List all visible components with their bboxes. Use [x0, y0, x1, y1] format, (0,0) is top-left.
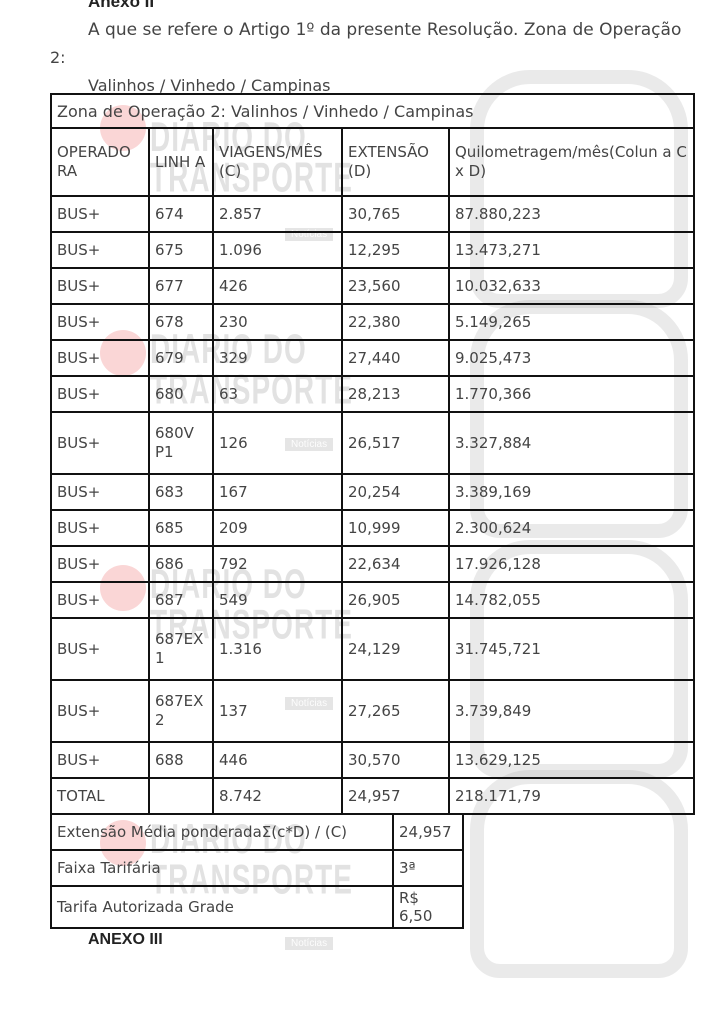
- table-title: Zona de Operação 2: Valinhos / Vinhedo /…: [51, 94, 694, 128]
- cell-viagens: 446: [213, 742, 342, 778]
- cell-operadora: BUS+: [51, 582, 149, 618]
- annex-heading: Anexo II: [88, 0, 154, 12]
- cell-viagens: 63: [213, 376, 342, 412]
- table-row: BUS+680V P112626,5173.327,884: [51, 412, 694, 474]
- table-row: BUS+687EX 11.31624,12931.745,721: [51, 618, 694, 680]
- cell-extensao: 10,999: [342, 510, 449, 546]
- cell-linha: 685: [149, 510, 213, 546]
- table-header-row: OPERADO RA LINH A VIAGENS/MÊS (C) EXTENS…: [51, 128, 694, 196]
- cell-viagens: 792: [213, 546, 342, 582]
- table-row: BUS+67823022,3805.149,265: [51, 304, 694, 340]
- total-cell: TOTAL: [51, 778, 149, 814]
- table-total-row: TOTAL8.74224,957218.171,79: [51, 778, 694, 814]
- cell-linha: 680V P1: [149, 412, 213, 474]
- cell-extensao: 27,440: [342, 340, 449, 376]
- header-viagens: VIAGENS/MÊS (C): [213, 128, 342, 196]
- cell-extensao: 23,560: [342, 268, 449, 304]
- cell-operadora: BUS+: [51, 412, 149, 474]
- cell-operadora: BUS+: [51, 196, 149, 232]
- cell-linha: 687EX 1: [149, 618, 213, 680]
- cell-linha: 688: [149, 742, 213, 778]
- summary-label: Tarifa Autorizada Grade: [51, 886, 393, 928]
- summary-row: Extensão Média ponderadaΣ(c*D) / (C)24,9…: [51, 814, 463, 850]
- cell-extensao: 27,265: [342, 680, 449, 742]
- cell-operadora: BUS+: [51, 376, 149, 412]
- table-row: BUS+68844630,57013.629,125: [51, 742, 694, 778]
- table-row: BUS+6806328,2131.770,366: [51, 376, 694, 412]
- intro-text-continued: 2:: [50, 48, 66, 67]
- cell-operadora: BUS+: [51, 742, 149, 778]
- header-quilometragem: Quilometragem/mês(Colun a C x D): [449, 128, 694, 196]
- cell-viagens: 426: [213, 268, 342, 304]
- cell-linha: 686: [149, 546, 213, 582]
- operations-table: Zona de Operação 2: Valinhos / Vinhedo /…: [50, 93, 695, 815]
- header-extensao: EXTENSÃO (D): [342, 128, 449, 196]
- cell-quilometragem: 9.025,473: [449, 340, 694, 376]
- summary-table: Extensão Média ponderadaΣ(c*D) / (C)24,9…: [50, 813, 464, 929]
- next-annex-heading: ANEXO III: [88, 931, 163, 949]
- cell-extensao: 12,295: [342, 232, 449, 268]
- cell-operadora: BUS+: [51, 680, 149, 742]
- cell-quilometragem: 13.473,271: [449, 232, 694, 268]
- cell-extensao: 26,517: [342, 412, 449, 474]
- cell-viagens: 126: [213, 412, 342, 474]
- cell-viagens: 137: [213, 680, 342, 742]
- summary-row: Tarifa Autorizada GradeR$ 6,50: [51, 886, 463, 928]
- total-cell: [149, 778, 213, 814]
- header-linha: LINH A: [149, 128, 213, 196]
- cell-linha: 679: [149, 340, 213, 376]
- total-cell: 218.171,79: [449, 778, 694, 814]
- cell-quilometragem: 13.629,125: [449, 742, 694, 778]
- cell-operadora: BUS+: [51, 510, 149, 546]
- cell-quilometragem: 3.327,884: [449, 412, 694, 474]
- table-row: BUS+67932927,4409.025,473: [51, 340, 694, 376]
- table-row: BUS+68679222,63417.926,128: [51, 546, 694, 582]
- table-row: BUS+68316720,2543.389,169: [51, 474, 694, 510]
- cell-viagens: 549: [213, 582, 342, 618]
- cell-quilometragem: 2.300,624: [449, 510, 694, 546]
- header-operadora: OPERADO RA: [51, 128, 149, 196]
- cell-viagens: 329: [213, 340, 342, 376]
- cell-viagens: 2.857: [213, 196, 342, 232]
- summary-label: Faixa Tarifária: [51, 850, 393, 886]
- total-cell: 24,957: [342, 778, 449, 814]
- table-row: BUS+687EX 213727,2653.739,849: [51, 680, 694, 742]
- cell-extensao: 30,765: [342, 196, 449, 232]
- cell-quilometragem: 31.745,721: [449, 618, 694, 680]
- cell-operadora: BUS+: [51, 232, 149, 268]
- cell-operadora: BUS+: [51, 546, 149, 582]
- cell-quilometragem: 87.880,223: [449, 196, 694, 232]
- table-row: BUS+67742623,56010.032,633: [51, 268, 694, 304]
- cell-quilometragem: 3.389,169: [449, 474, 694, 510]
- total-cell: 8.742: [213, 778, 342, 814]
- table-row: BUS+68754926,90514.782,055: [51, 582, 694, 618]
- cell-viagens: 209: [213, 510, 342, 546]
- cell-operadora: BUS+: [51, 618, 149, 680]
- cell-linha: 675: [149, 232, 213, 268]
- summary-value: R$ 6,50: [393, 886, 463, 928]
- cell-extensao: 22,380: [342, 304, 449, 340]
- cell-extensao: 30,570: [342, 742, 449, 778]
- cell-linha: 680: [149, 376, 213, 412]
- cell-extensao: 20,254: [342, 474, 449, 510]
- cell-linha: 678: [149, 304, 213, 340]
- cell-linha: 677: [149, 268, 213, 304]
- cell-quilometragem: 10.032,633: [449, 268, 694, 304]
- table-row: BUS+6742.85730,76587.880,223: [51, 196, 694, 232]
- cell-viagens: 230: [213, 304, 342, 340]
- summary-value: 3ª: [393, 850, 463, 886]
- cell-linha: 674: [149, 196, 213, 232]
- summary-value: 24,957: [393, 814, 463, 850]
- cell-quilometragem: 3.739,849: [449, 680, 694, 742]
- cell-extensao: 22,634: [342, 546, 449, 582]
- cell-quilometragem: 5.149,265: [449, 304, 694, 340]
- cell-operadora: BUS+: [51, 340, 149, 376]
- cell-viagens: 1.316: [213, 618, 342, 680]
- table-row: BUS+68520910,9992.300,624: [51, 510, 694, 546]
- summary-row: Faixa Tarifária3ª: [51, 850, 463, 886]
- cell-quilometragem: 1.770,366: [449, 376, 694, 412]
- cell-extensao: 26,905: [342, 582, 449, 618]
- table-row: BUS+6751.09612,29513.473,271: [51, 232, 694, 268]
- watermark-tag-bottom: Notícias: [285, 937, 333, 950]
- cell-linha: 687: [149, 582, 213, 618]
- cell-extensao: 24,129: [342, 618, 449, 680]
- cell-operadora: BUS+: [51, 474, 149, 510]
- intro-text: A que se refere o Artigo 1º da presente …: [88, 20, 681, 40]
- cell-quilometragem: 14.782,055: [449, 582, 694, 618]
- summary-label: Extensão Média ponderadaΣ(c*D) / (C): [51, 814, 393, 850]
- cell-viagens: 1.096: [213, 232, 342, 268]
- cell-extensao: 28,213: [342, 376, 449, 412]
- cell-linha: 687EX 2: [149, 680, 213, 742]
- cell-operadora: BUS+: [51, 268, 149, 304]
- cell-linha: 683: [149, 474, 213, 510]
- cell-quilometragem: 17.926,128: [449, 546, 694, 582]
- cell-operadora: BUS+: [51, 304, 149, 340]
- cell-viagens: 167: [213, 474, 342, 510]
